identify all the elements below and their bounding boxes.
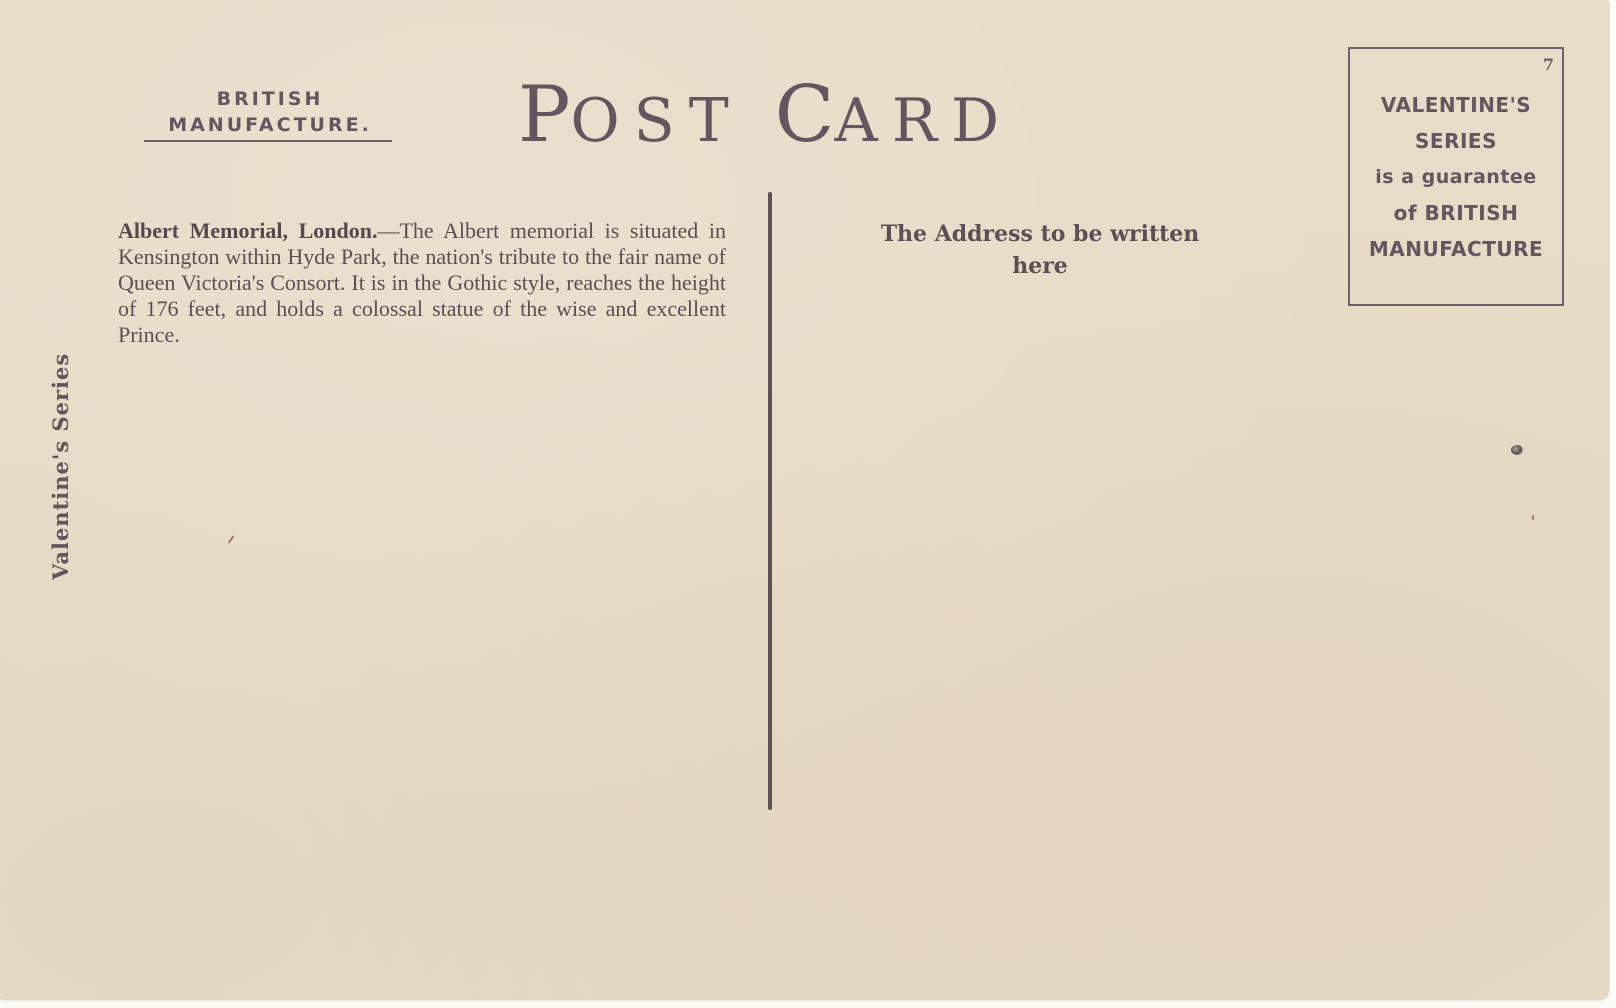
center-divider-line (768, 192, 772, 810)
title-initial-c: C (775, 70, 835, 160)
british-label: BRITISH (140, 86, 400, 112)
address-line-1: The Address to be written (860, 218, 1220, 250)
title-rest-ard: ARD (834, 86, 1013, 156)
pinhole-mark (1511, 445, 1523, 455)
description-heading: Albert Memorial, London. (118, 218, 377, 243)
postcard-back: BRITISH MANUFACTURE. POSTCARD 7 VALENTIN… (0, 0, 1608, 999)
title-initial-p: P (518, 70, 570, 160)
stamp-line: of BRITISH (1350, 195, 1562, 231)
title-rest-ost: OST (570, 86, 742, 156)
description-paragraph: Albert Memorial, London.—The Albert memo… (118, 218, 726, 348)
side-series-label: Valentine's Series (48, 353, 73, 580)
manufacture-label: MANUFACTURE. (140, 112, 400, 138)
stamp-line: is a guarantee (1350, 159, 1562, 195)
stamp-box-text: VALENTINE'S SERIES is a guarantee of BRI… (1350, 87, 1562, 267)
stamp-line: SERIES (1350, 123, 1562, 159)
address-line-2: here (860, 250, 1220, 282)
address-instruction: The Address to be written here (860, 218, 1220, 282)
paper-speck (228, 535, 235, 544)
paper-speck (1532, 515, 1534, 520)
stamp-box: 7 VALENTINE'S SERIES is a guarantee of B… (1348, 47, 1564, 306)
stamp-line: VALENTINE'S (1350, 87, 1562, 123)
stamp-box-number: 7 (1543, 55, 1554, 74)
stamp-line: MANUFACTURE (1350, 231, 1562, 267)
underline-rule (144, 140, 392, 142)
british-manufacture-mark: BRITISH MANUFACTURE. (140, 86, 400, 138)
post-card-title: POSTCARD (518, 70, 1013, 160)
